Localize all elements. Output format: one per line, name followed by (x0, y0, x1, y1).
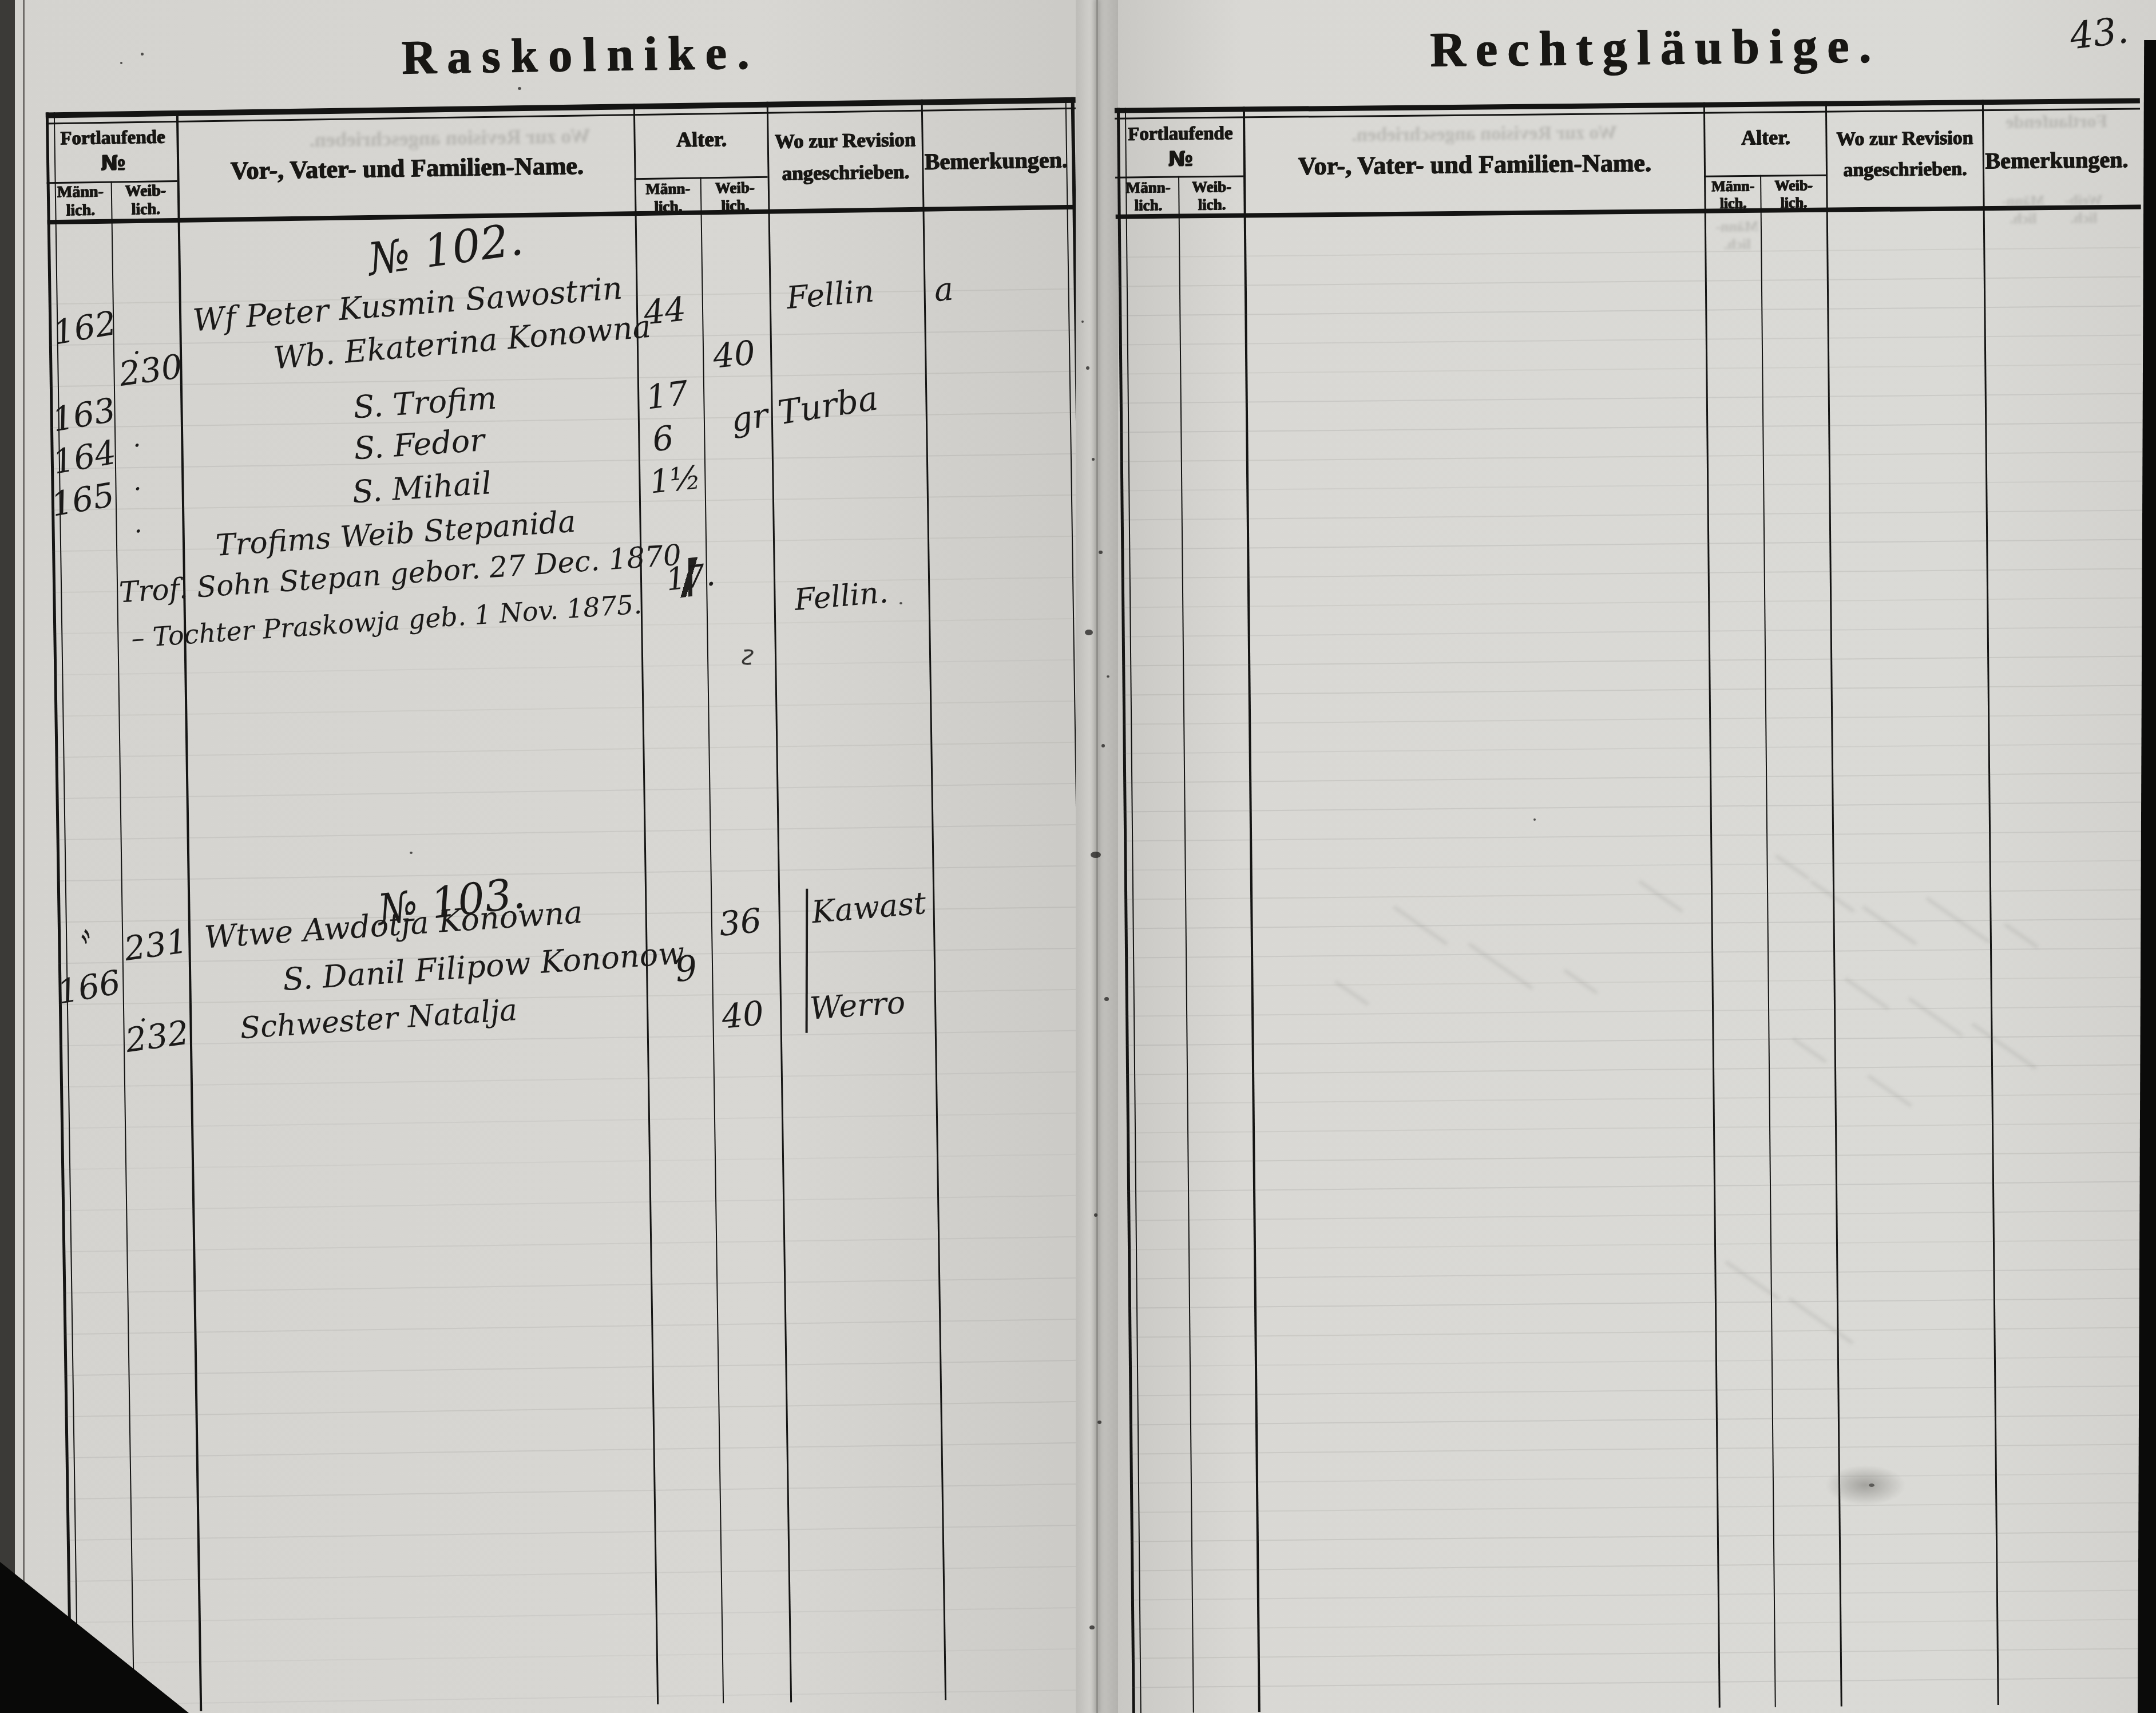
entry-no-female: 230 (117, 347, 185, 394)
entry-name: S. Fedor (352, 422, 485, 466)
ink-stroke (806, 889, 808, 1033)
entry-no-female-ditto: . (133, 467, 142, 496)
header-number-sign: № (1117, 147, 1243, 172)
entry-age-female: 40 (711, 333, 757, 376)
header-age-male: Männ-lich. (636, 179, 700, 216)
header-number-sign: № (49, 151, 177, 176)
entry-age-female: 40 (720, 994, 766, 1036)
header-age-male: Männ-lich. (1706, 177, 1760, 212)
header-number-male: Männ-lich. (49, 183, 112, 220)
entry-revision-place: Fellin. (793, 575, 889, 618)
entry-revision-place: Werro (808, 984, 906, 1027)
bleed-through-text: Männ-lich. (1709, 217, 1766, 254)
entry-no-female-ditto: . (134, 509, 142, 539)
header-running-number: Fortlaufende (48, 126, 177, 150)
ruled-lines (13, 0, 1075, 1)
header-name-column: Vor-, Vater- und Familien-Name. (1246, 148, 1703, 181)
entry-age-male: 6 (650, 418, 676, 460)
right-page: Rechtgläubige. Fortlaufende № Männ-lich.… (1118, 0, 2156, 1713)
bleed-through-text: Fortlaufende (1999, 110, 2114, 133)
entry-no-male: 162 (50, 303, 120, 353)
entry-no-male: 165 (48, 475, 117, 524)
header-number-female: Weib-lich. (1180, 177, 1243, 213)
bleed-through-text: Wo zur Revision angeschrieben. (290, 124, 611, 153)
header-remarks: Bemerkungen. (924, 147, 1067, 175)
entry-revision-scribble: ∿ (730, 642, 767, 672)
left-page-heading: Raskolnike. (351, 25, 810, 86)
entry-age-male: 1½ (648, 459, 703, 501)
left-page: Raskolnike. Wo zur Revision angeschriebe… (15, 0, 1077, 1713)
entry-no-female-ditto: . (133, 424, 141, 453)
header-name-column: Vor-, Vater- und Familien-Name. (179, 151, 635, 186)
header-remarks: Bemerkungen. (1985, 147, 2126, 174)
entry-no-male-scribble: „ (57, 916, 96, 947)
ruled-lines (1117, 0, 2155, 1)
header-age: Alter. (1705, 125, 1825, 150)
entry-remark: a (933, 271, 955, 310)
scanned-register-page: Raskolnike. Wo zur Revision angeschriebe… (0, 0, 2156, 1713)
entry-revision-place: gr Turba (728, 378, 881, 440)
book-edge (0, 0, 15, 1713)
header-age-female: Weib-lich. (703, 179, 767, 215)
entry-no-male: 164 (50, 433, 119, 482)
entry-age-crossed-out: 17. (661, 555, 719, 599)
header-running-number: Fortlaufende (1117, 122, 1243, 145)
page-number: 43. (2067, 9, 2130, 58)
entry-revision-place: Fellin (785, 272, 875, 316)
header-number-male: Männ-lich. (1119, 179, 1178, 215)
group-heading: № 102. (365, 213, 526, 286)
entry-revision-place: Kawast (810, 885, 928, 931)
header-revision: Wo zur Revision angeschrieben. (769, 124, 921, 190)
bleed-through-text: Männ-lich. (1994, 192, 2052, 228)
bleed-through-text: Wo zur Revision angeschrieben. (1335, 121, 1633, 148)
entry-no-female: 232 (123, 1013, 191, 1060)
entry-name: S. Trofim (352, 380, 498, 426)
header-age: Alter. (635, 127, 767, 153)
header-revision: Wo zur Revision angeschrieben. (1828, 122, 1981, 186)
entry-age-male: 9 (673, 948, 699, 991)
page-edge-line (23, 0, 25, 1713)
entry-no-male: 163 (49, 390, 118, 440)
entry-no-male: 166 (54, 963, 124, 1012)
header-number-female: Weib-lich. (114, 181, 177, 219)
bleed-through-text: Weib-lich. (2055, 191, 2113, 227)
right-page-heading: Rechtgläubige. (1369, 17, 1941, 78)
header-age-female: Weib-lich. (1762, 177, 1825, 212)
entry-age-male: 17 (644, 373, 690, 417)
entry-age-female: 36 (718, 901, 763, 944)
